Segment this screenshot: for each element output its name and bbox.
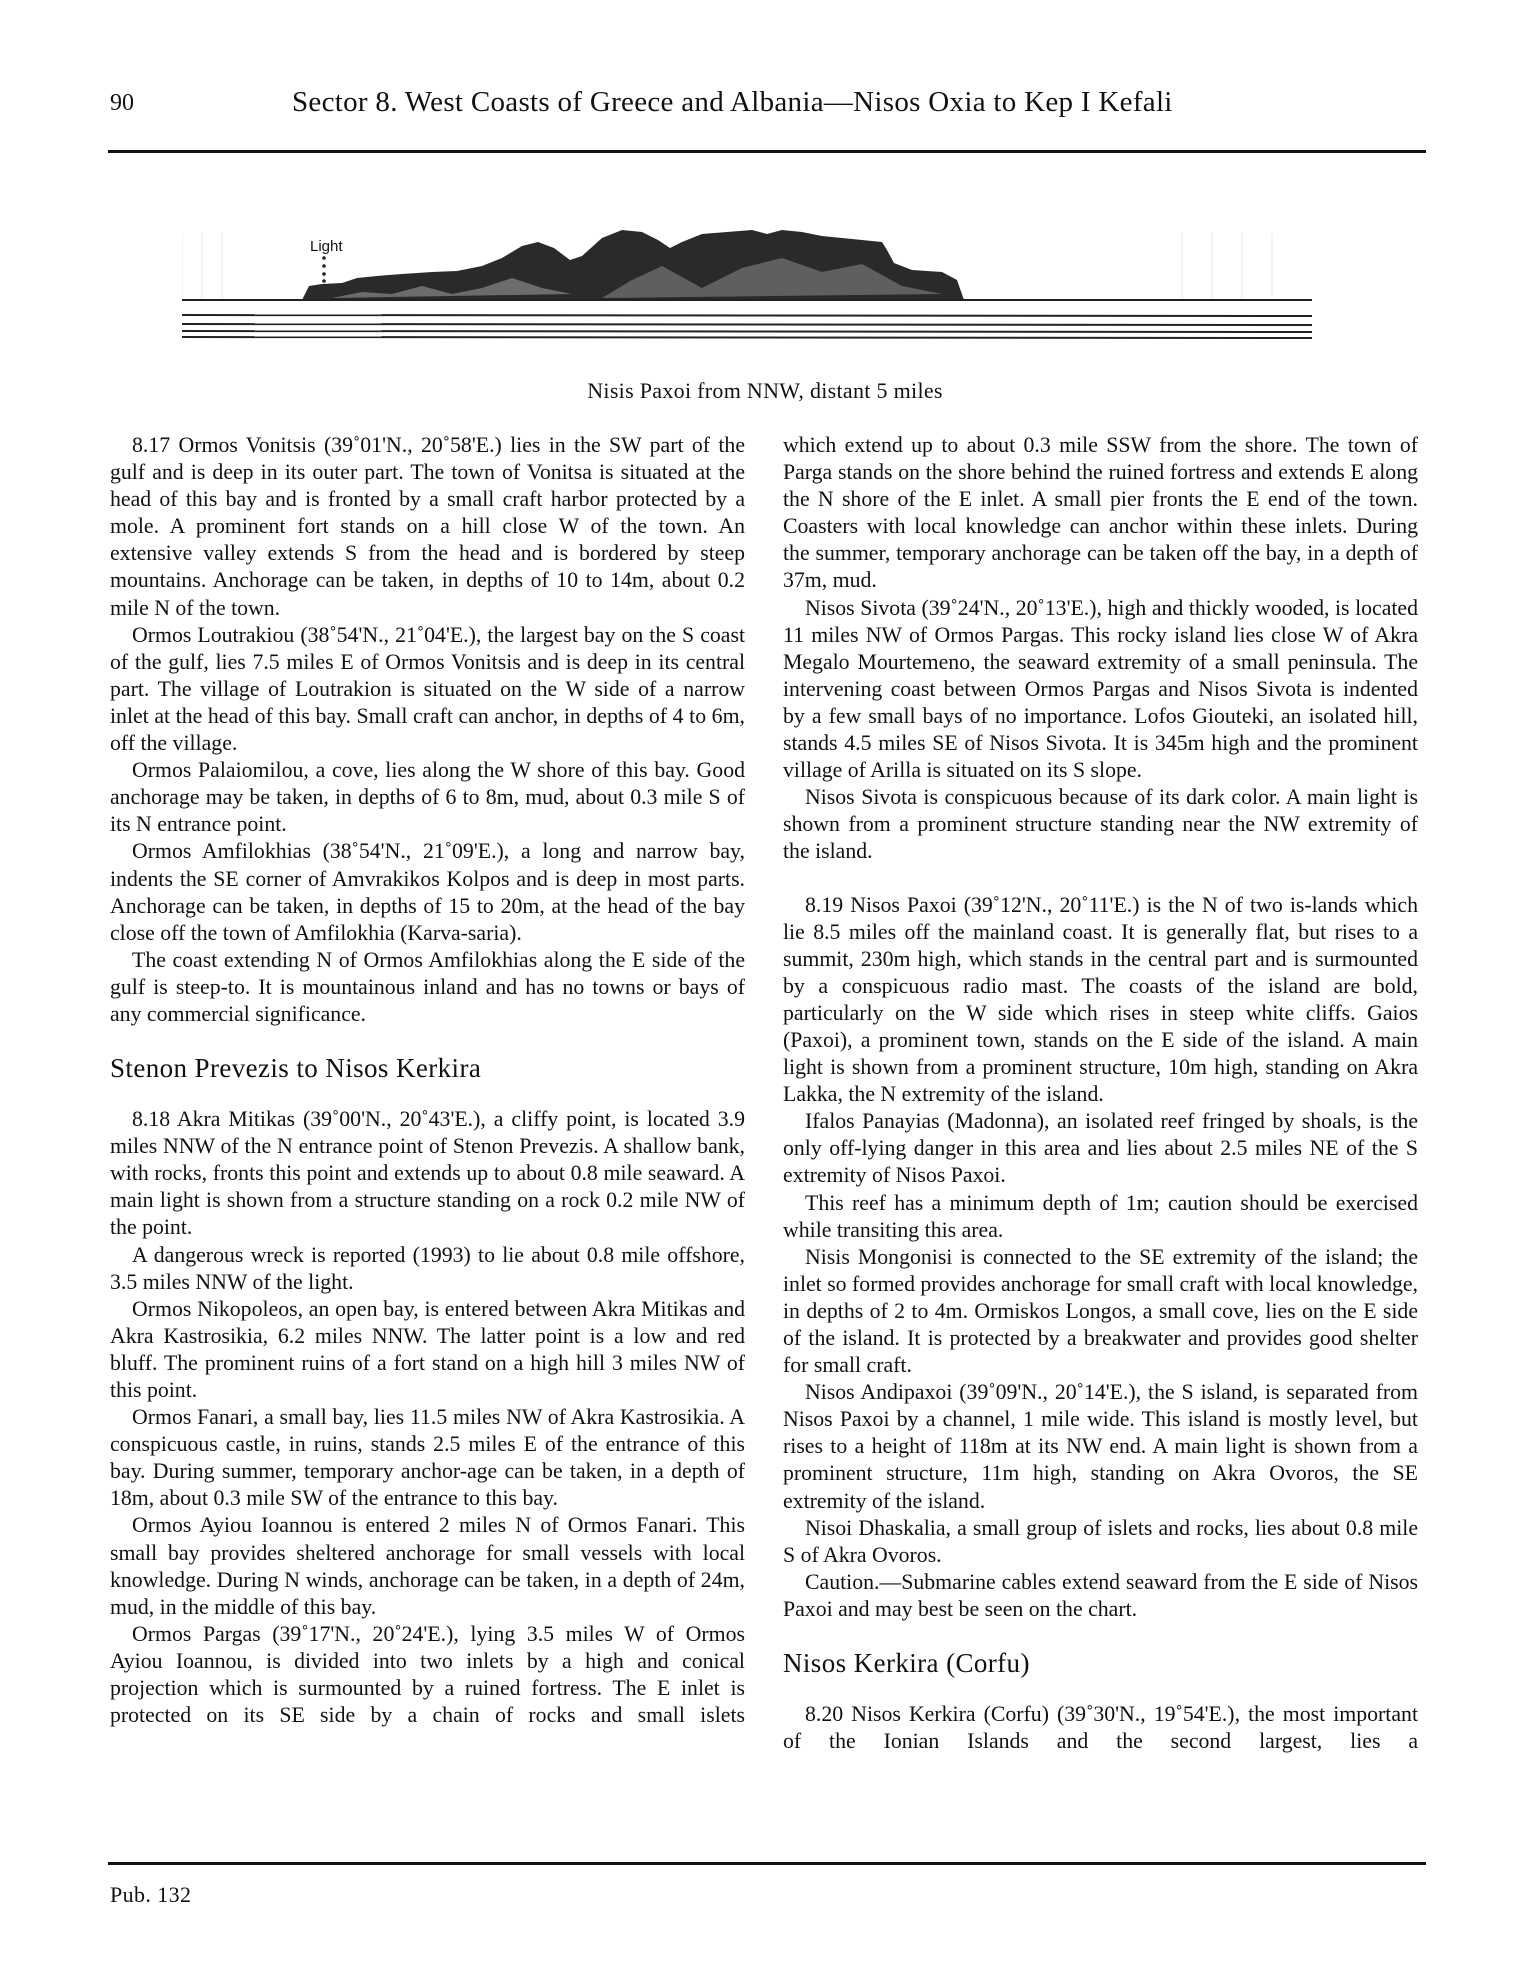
paragraph-8-18: 8.18 Akra Mitikas (39˚00'N., 20˚43'E.), …: [110, 1106, 745, 1241]
light-marker-icon: [322, 256, 326, 283]
paragraph-spacer: [783, 866, 1418, 892]
paragraph-nisoi-dhaskalia: Nisoi Dhaskalia, a small group of islets…: [783, 1515, 1418, 1569]
coastal-profile-figure: Light: [182, 228, 1312, 343]
paragraph-ifalos-panayias: Ifalos Panayias (Madonna), an isolated r…: [783, 1108, 1418, 1189]
paragraph-ormos-pargas: Ormos Pargas (39˚17'N., 20˚24'E.), lying…: [110, 1621, 745, 1729]
left-column: 8.17 Ormos Vonitsis (39˚01'N., 20˚58'E.)…: [110, 432, 745, 1729]
right-column: which extend up to about 0.3 mile SSW fr…: [783, 432, 1418, 1755]
paragraph-nisos-andipaxoi: Nisos Andipaxoi (39˚09'N., 20˚14'E.), th…: [783, 1379, 1418, 1514]
paragraph-ormos-loutrakiou: Ormos Loutrakiou (38˚54'N., 21˚04'E.), t…: [110, 622, 745, 757]
paragraph-parga-continued: which extend up to about 0.3 mile SSW fr…: [783, 432, 1418, 595]
paragraph-nisis-mongonisi: Nisis Mongonisi is connected to the SE e…: [783, 1244, 1418, 1379]
paragraph-8-20: 8.20 Nisos Kerkira (Corfu) (39˚30'N., 19…: [783, 1701, 1418, 1755]
paragraph-east-coast-gulf: The coast extending N of Ormos Amfilokhi…: [110, 947, 745, 1028]
paragraph-ormos-palaiomilou: Ormos Palaiomilou, a cove, lies along th…: [110, 757, 745, 838]
paragraph-ormos-amfilokhias: Ormos Amfilokhias (38˚54'N., 21˚09'E.), …: [110, 838, 745, 946]
paragraph-nisos-sivota-light: Nisos Sivota is conspicuous because of i…: [783, 784, 1418, 865]
paragraph-caution-cables: Caution.—Submarine cables extend seaward…: [783, 1569, 1418, 1623]
paragraph-nisos-sivota: Nisos Sivota (39˚24'N., 20˚13'E.), high …: [783, 595, 1418, 785]
paragraph-8-19: 8.19 Nisos Paxoi (39˚12'N., 20˚11'E.) is…: [783, 892, 1418, 1109]
paragraph-ormos-ayiou-ioannou: Ormos Ayiou Ioannou is entered 2 miles N…: [110, 1512, 745, 1620]
header-rule: [108, 150, 1426, 153]
island-profile-drawing: [182, 228, 1312, 343]
publication-number: Pub. 132: [110, 1882, 191, 1908]
paragraph-ormos-fanari: Ormos Fanari, a small bay, lies 11.5 mil…: [110, 1404, 745, 1512]
figure-caption: Nisis Paxoi from NNW, distant 5 miles: [0, 378, 1530, 404]
footer-rule: [108, 1862, 1426, 1865]
section-heading-stenon-prevezis: Stenon Prevezis to Nisos Kerkira: [110, 1052, 745, 1084]
paragraph-8-17: 8.17 Ormos Vonitsis (39˚01'N., 20˚58'E.)…: [110, 432, 745, 622]
section-heading-nisos-kerkira: Nisos Kerkira (Corfu): [783, 1647, 1418, 1679]
running-head: Sector 8. West Coasts of Greece and Alba…: [292, 86, 1173, 119]
paragraph-ormos-nikopoleos: Ormos Nikopoleos, an open bay, is entere…: [110, 1296, 745, 1404]
paragraph-dangerous-wreck: A dangerous wreck is reported (1993) to …: [110, 1242, 745, 1296]
page-number: 90: [110, 90, 134, 117]
paragraph-reef-caution: This reef has a minimum depth of 1m; cau…: [783, 1190, 1418, 1244]
light-label: Light: [310, 238, 343, 255]
